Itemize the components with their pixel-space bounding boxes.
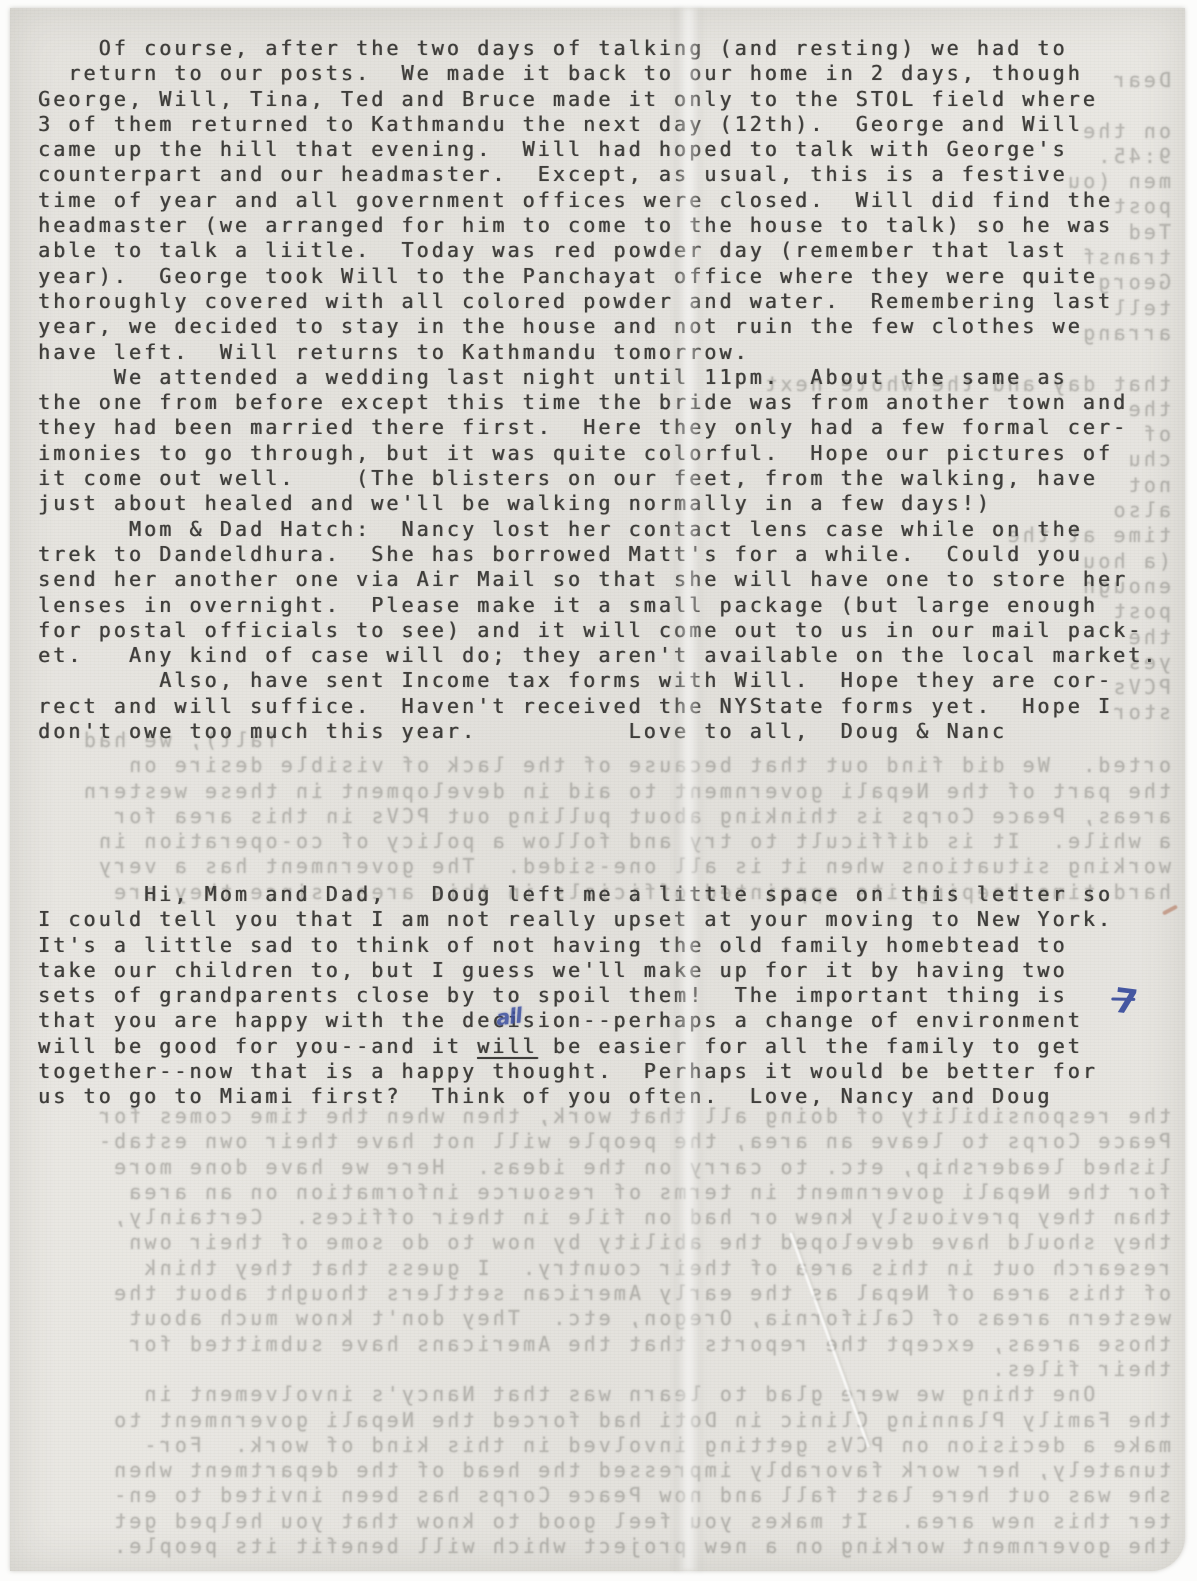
vertical-fold-crease (674, 8, 702, 1571)
page-number-crossbar (1111, 997, 1135, 1000)
letter-body-text: Of course, after the two days of talking… (38, 36, 1158, 744)
page-number-digit: 7 (1112, 981, 1140, 1024)
bleedthrough-lower-text: the responsibility of doing all that wor… (10, 1104, 1185, 1559)
bleedthrough-lower-lines: the responsibility of doing all that wor… (10, 1104, 1185, 1559)
scan-background: { "page": { "kind": "scanned typewritten… (0, 0, 1197, 1581)
stray-ink-mark (1162, 904, 1178, 915)
letter-page: Dear on the 9:45. men (ou post Ted trans… (10, 8, 1185, 1571)
page-number-annotation: 7 (1112, 981, 1140, 1024)
bleedthrough-middle-lines: fall), we had orted. We did find out tha… (10, 728, 1185, 905)
bleedthrough-middle-text: fall), we had orted. We did find out tha… (10, 728, 1185, 905)
handwritten-insertion-word: all (495, 1004, 523, 1031)
nancy-note-text: Hi, Mom and Dad, Doug left me a little s… (38, 882, 1113, 1110)
